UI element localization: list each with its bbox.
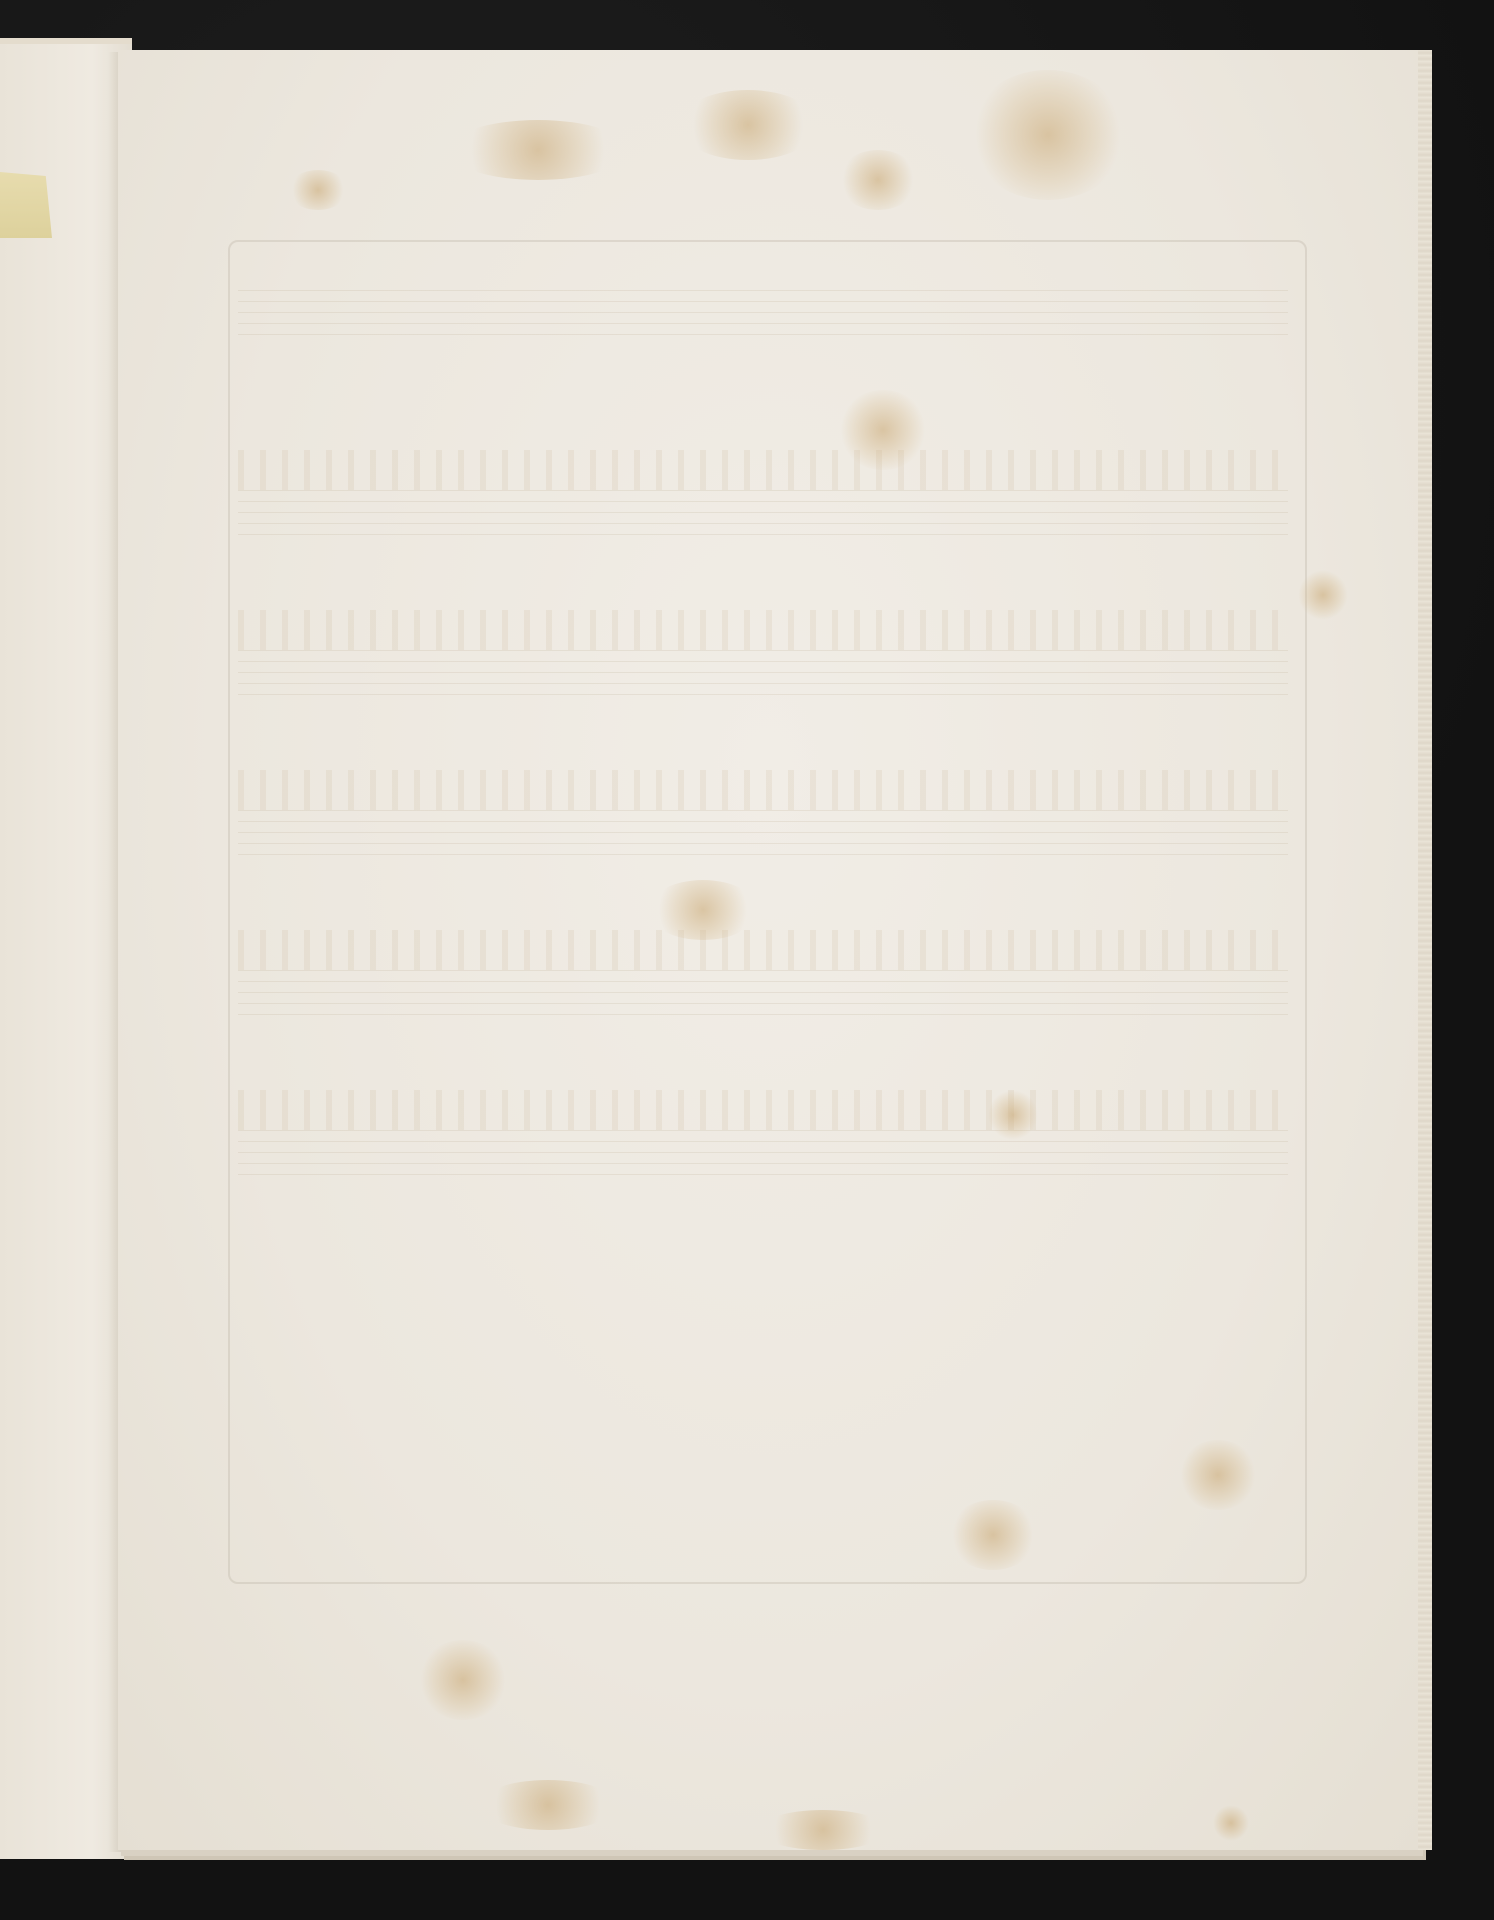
show-through-staff [238,1130,1288,1178]
foxing-stain [648,880,758,940]
show-through-notes [238,770,1288,810]
show-through-notes [238,1090,1288,1130]
foxing-stain [678,90,818,160]
foxing-stain [838,150,918,210]
foxing-stain [1213,1805,1249,1841]
foxing-stain [968,70,1128,200]
foxing-stain [758,1810,888,1850]
foxing-stain [948,1500,1038,1570]
foxing-stain [448,120,628,180]
show-through-notes [238,610,1288,650]
show-through-staff [238,490,1288,538]
show-through-notes [238,930,1288,970]
show-through-staff [238,810,1288,858]
page [118,50,1420,1850]
foxing-stain [478,1780,618,1830]
foxing-stain [838,390,928,470]
page-fore-edge [1418,50,1432,1850]
foxing-stain [1298,570,1348,620]
show-through-staff [238,650,1288,698]
foxing-stain [418,1640,508,1720]
show-through-notes [238,450,1288,490]
show-through-staff [238,970,1288,1018]
show-through-staff [238,290,1288,338]
plate-mark [228,240,1307,1584]
foxing-stain [288,170,348,210]
foxing-stain [988,1090,1038,1140]
yellow-paper-tab [0,172,52,238]
foxing-stain [1178,1440,1258,1510]
